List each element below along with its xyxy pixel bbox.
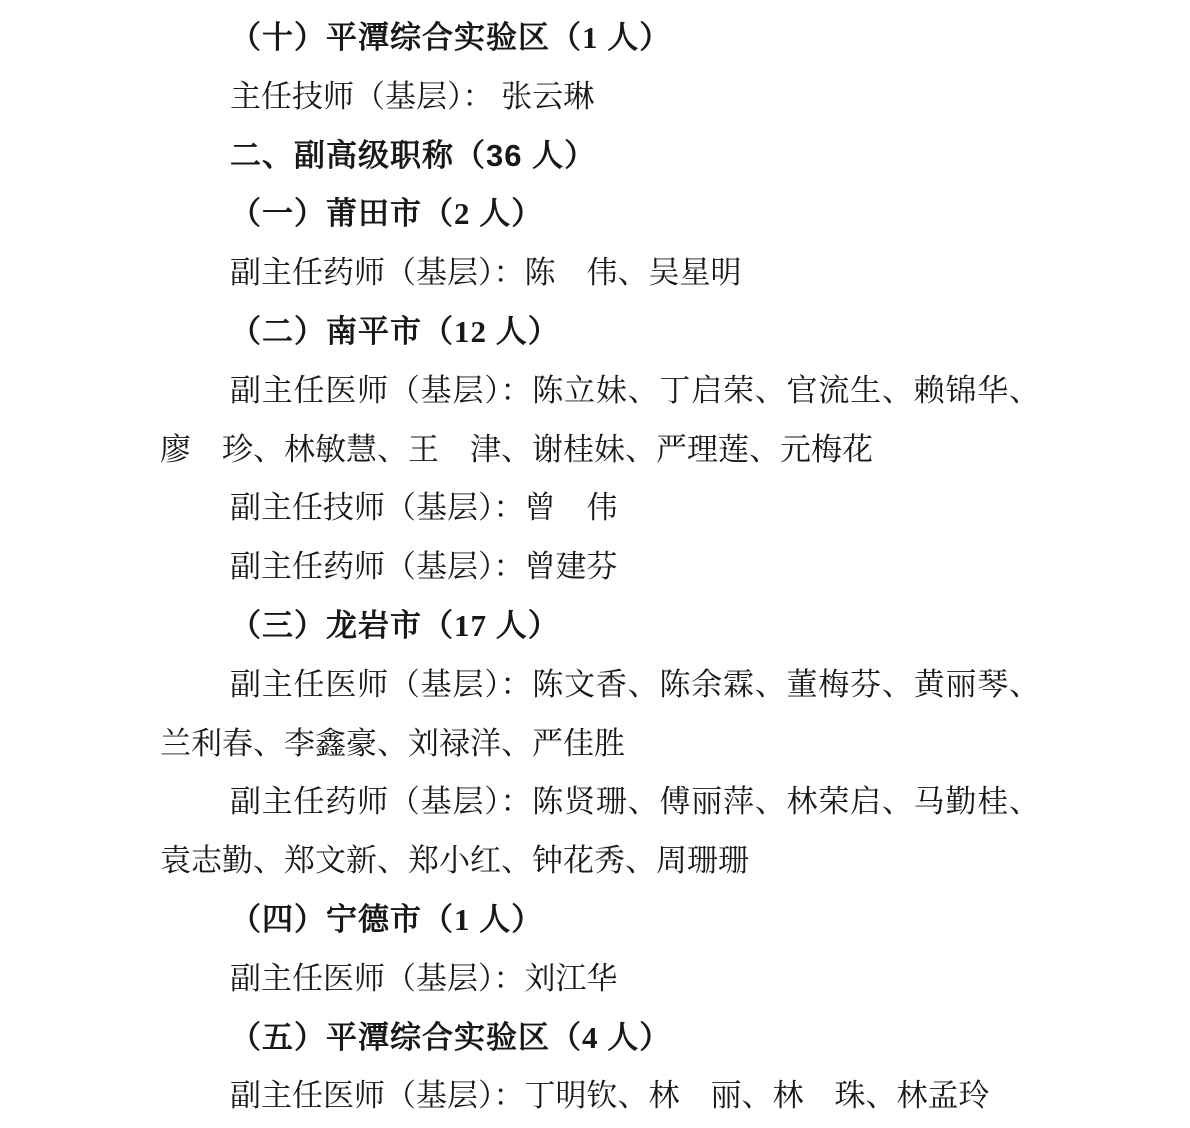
entry-continuation-line: 兰利春、李鑫豪、刘禄洋、严佳胜 (160, 715, 1040, 774)
city-heading: （四）宁德市（1 人） (160, 891, 1040, 950)
entry-line: 副主任药师（基层）：曾建芬 (160, 538, 1040, 597)
entry-line: 副主任医师（基层）：刘江华 (160, 950, 1040, 1009)
city-heading: （三）龙岩市（17 人） (160, 597, 1040, 656)
entry-line: 副主任医师（基层）：陈立妹、丁启荣、官流生、赖锦华、 (160, 362, 1040, 421)
entry-line: 主任技师（基层）： 张云琳 (160, 68, 1040, 127)
city-heading: （十）平潭综合实验区（1 人） (160, 9, 1040, 68)
entry-line: 副主任药师（基层）：陈 伟、吴星明 (160, 244, 1040, 303)
entry-continuation-line: 廖 珍、林敏慧、王 津、谢桂妹、严理莲、元梅花 (160, 421, 1040, 480)
entry-continuation-line: 袁志勤、郑文新、郑小红、钟花秀、周珊珊 (160, 832, 1040, 891)
city-heading: （五）平潭综合实验区（4 人） (160, 1009, 1040, 1068)
section-heading: 二、副高级职称（36 人） (160, 127, 1040, 186)
entry-line: 副主任药师（基层）：陈贤珊、傅丽萍、林荣启、马勤桂、 (160, 773, 1040, 832)
document-body: （十）平潭综合实验区（1 人）主任技师（基层）： 张云琳二、副高级职称（36 人… (0, 0, 1190, 1128)
entry-line: 副主任医师（基层）：丁明钦、林 丽、林 珠、林孟玲 (160, 1067, 1040, 1126)
document-page: { "page": { "background_color": "#ffffff… (0, 0, 1190, 1128)
entry-line: 副主任技师（基层）：曾 伟 (160, 479, 1040, 538)
city-heading: （二）南平市（12 人） (160, 303, 1040, 362)
city-heading: （一）莆田市（2 人） (160, 185, 1040, 244)
entry-line: 副主任医师（基层）：陈文香、陈余霖、董梅芬、黄丽琴、 (160, 656, 1040, 715)
